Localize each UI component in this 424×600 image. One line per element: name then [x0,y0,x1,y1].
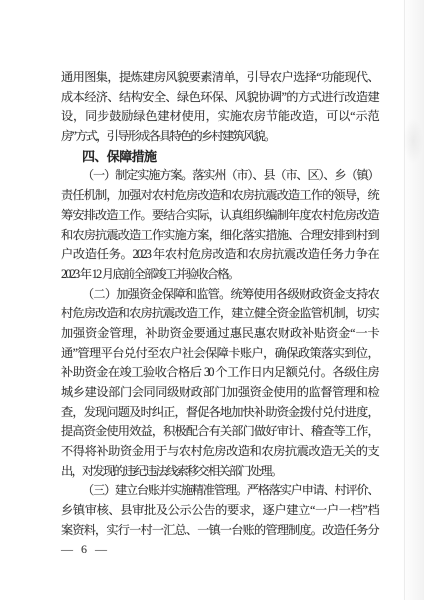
text-line: 筹安排改造工作。要结合实际，认真组织编制年度农村危房改造 [61,206,378,226]
text-line: 加强资金管理，补助资金要通过惠民惠农财政补贴资金“一卡 [61,324,378,344]
text-line: 村危房改造和农房抗震改造工作，建立健全资金监管机制，切实 [61,304,378,324]
scan-smudge [403,118,423,164]
text-line: 户改造任务。2023 年农村危房改造和农房抗震改造任务力争在 [61,245,378,265]
text-line: 通”管理平台兑付至农户社会保障卡账户，确保政策落实到位， [61,344,378,364]
scan-edge-shadow [402,0,424,600]
text-line: 补助资金在竣工验收合格后 30 个工作日内足额兑付。各级住房 [61,363,378,383]
text-line: 成本经济、结构安全、绿色环保、风貌协调”的方式进行改造建 [61,88,378,108]
text-line: 2023 年 12 月底前全部竣工并验收合格。 [61,265,378,285]
text-line: 城乡建设部门会同同级财政部门加强资金使用的监督管理和检 [61,383,378,403]
text-line: 房”方式，引导形成各具特色的乡村建筑风貌。 [61,127,378,147]
text-line: （三）建立台账并实施精准管理。严格落实户申请、村评价、 [61,481,378,501]
text-line: 和农房抗震改造工作实施方案，细化落实措施、合理安排到村到 [61,226,378,246]
section-heading: 四、保障措施 [61,147,378,167]
text-line: 出，对发现的违纪违法线索移交相关部门处理。 [61,462,378,482]
page-number: — 6 — [61,540,110,560]
text-line: 不得将补助资金用于与农村危房改造和农房抗震改造无关的支 [61,442,378,462]
document-page: 通用图集，提炼建房风貌要素清单，引导农户选择“功能现代、成本经济、结构安全、绿色… [0,0,424,600]
scan-edge-line [404,0,405,600]
text-line: 提高资金使用效益，积极配合有关部门做好审计、稽查等工作， [61,422,378,442]
text-line: 案资料，实行一村一汇总、一镇一台账的管理制度。改造任务分 [61,521,378,541]
document-body: 通用图集，提炼建房风貌要素清单，引导农户选择“功能现代、成本经济、结构安全、绿色… [61,68,378,541]
text-line: 乡镇审核、县审批及公示公告的要求，逐户建立“一户一档”档 [61,501,378,521]
text-line: 责任机制，加强对农村危房改造和农房抗震改造工作的领导，统 [61,186,378,206]
text-line: 设，同步鼓励绿色建材使用，实施农房节能改造，可以“示范 [61,107,378,127]
text-line: （二）加强资金保障和监管。统筹使用各级财政资金支持农 [61,285,378,305]
text-line: 查，发现问题及时纠正，督促各地加快补助资金拨付兑付进度， [61,403,378,423]
text-line: （一）制定实施方案。落实州（市）、县（市、区）、乡（镇） [61,166,378,186]
text-line: 通用图集，提炼建房风貌要素清单，引导农户选择“功能现代、 [61,68,378,88]
